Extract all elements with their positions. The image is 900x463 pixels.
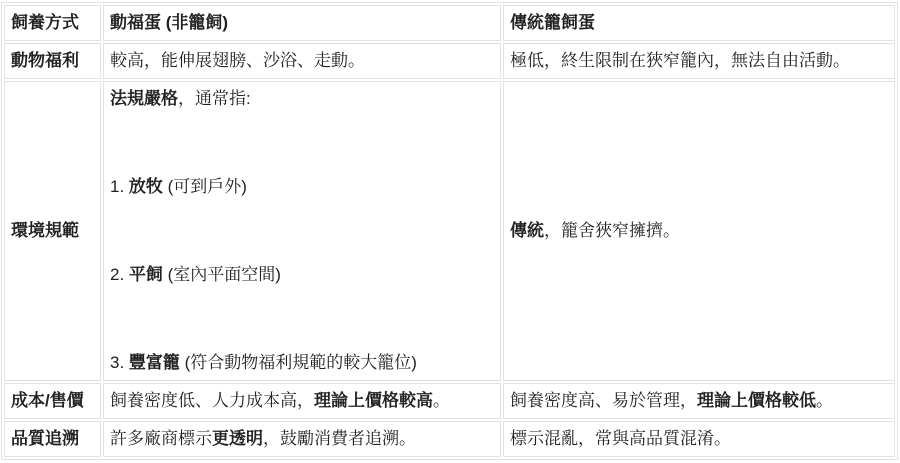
paragraph-list-item-1: 1. 放牧 (可到戶外) xyxy=(110,175,494,199)
text-segment: ，籠舍狹窄擁擠。 xyxy=(544,221,680,240)
egg-comparison-table: 飼養方式 動福蛋 (非籠飼) 傳統籠飼蛋 動物福利 較高，能伸展翅膀、沙浴、走動… xyxy=(1,2,898,460)
cell-cost-welfare-egg: 飼養密度低、人力成本高，理論上價格較高。 xyxy=(103,383,501,419)
text-segment: 極低，終生限制在狹窄籠內，無法自由活動。 xyxy=(510,51,850,70)
row-label-traceability: 品質追溯 xyxy=(4,421,101,457)
text-segment: 。 xyxy=(816,391,833,410)
text-segment-bold: 法規嚴格 xyxy=(110,89,178,108)
table-header-row: 飼養方式 動福蛋 (非籠飼) 傳統籠飼蛋 xyxy=(4,5,895,41)
paragraph-list-item-3: 3. 豐富籠 (符合動物福利規範的較大籠位) xyxy=(110,351,494,375)
text-segment-bold: 理論上價格較低 xyxy=(697,391,816,410)
table-row-cost-price: 成本/售價 飼養密度低、人力成本高，理論上價格較高。 飼養密度高、易於管理，理論… xyxy=(4,383,895,419)
text-segment-bold: 放牧 xyxy=(129,177,163,196)
cell-animal-welfare-caged-egg: 極低，終生限制在狹窄籠內，無法自由活動。 xyxy=(503,43,895,79)
row-label-cost-price: 成本/售價 xyxy=(4,383,101,419)
text-segment: (室內平面空間) xyxy=(163,265,281,284)
text-segment: ，通常指: xyxy=(178,89,251,108)
cell-animal-welfare-welfare-egg: 較高，能伸展翅膀、沙浴、走動。 xyxy=(103,43,501,79)
text-segment: (符合動物福利規範的較大籠位) xyxy=(180,353,417,372)
paragraph-regulation: 法規嚴格，通常指: xyxy=(110,87,494,111)
text-segment: 飼養密度高、易於管理， xyxy=(510,391,697,410)
row-label-animal-welfare: 動物福利 xyxy=(4,43,101,79)
cell-environment-welfare-egg: 法規嚴格，通常指: 1. 放牧 (可到戶外) 2. 平飼 (室內平面空間) 3.… xyxy=(103,81,501,381)
cell-traceability-welfare-egg: 許多廠商標示更透明，鼓勵消費者追溯。 xyxy=(103,421,501,457)
text-segment: 許多廠商標示 xyxy=(110,429,212,448)
text-segment: 1. xyxy=(110,177,129,196)
text-segment: 3. xyxy=(110,353,129,372)
text-segment-bold: 豐富籠 xyxy=(129,353,180,372)
text-segment: 2. xyxy=(110,265,129,284)
text-segment-bold: 更透明 xyxy=(212,429,263,448)
header-caged-egg: 傳統籠飼蛋 xyxy=(503,5,895,41)
table-row-environment: 環境規範 法規嚴格，通常指: 1. 放牧 (可到戶外) 2. 平飼 (室內平面空… xyxy=(4,81,895,381)
text-segment: 標示混亂，常與高品質混淆。 xyxy=(510,429,731,448)
text-segment: ，鼓勵消費者追溯。 xyxy=(263,429,416,448)
table-row-animal-welfare: 動物福利 較高，能伸展翅膀、沙浴、走動。 極低，終生限制在狹窄籠內，無法自由活動… xyxy=(4,43,895,79)
header-farming-method: 飼養方式 xyxy=(4,5,101,41)
paragraph-list-item-2: 2. 平飼 (室內平面空間) xyxy=(110,263,494,287)
cell-traceability-caged-egg: 標示混亂，常與高品質混淆。 xyxy=(503,421,895,457)
text-segment: 較高，能伸展翅膀、沙浴、走動。 xyxy=(110,51,365,70)
cell-cost-caged-egg: 飼養密度高、易於管理，理論上價格較低。 xyxy=(503,383,895,419)
text-segment-bold: 理論上價格較高 xyxy=(314,391,433,410)
text-segment: 飼養密度低、人力成本高， xyxy=(110,391,314,410)
text-segment: (可到戶外) xyxy=(163,177,247,196)
header-welfare-egg: 動福蛋 (非籠飼) xyxy=(103,5,501,41)
table-row-traceability: 品質追溯 許多廠商標示更透明，鼓勵消費者追溯。 標示混亂，常與高品質混淆。 xyxy=(4,421,895,457)
text-segment-bold: 傳統 xyxy=(510,221,544,240)
cell-environment-caged-egg: 傳統，籠舍狹窄擁擠。 xyxy=(503,81,895,381)
text-segment-bold: 平飼 xyxy=(129,265,163,284)
row-label-environment: 環境規範 xyxy=(4,81,101,381)
text-segment: 。 xyxy=(433,391,450,410)
